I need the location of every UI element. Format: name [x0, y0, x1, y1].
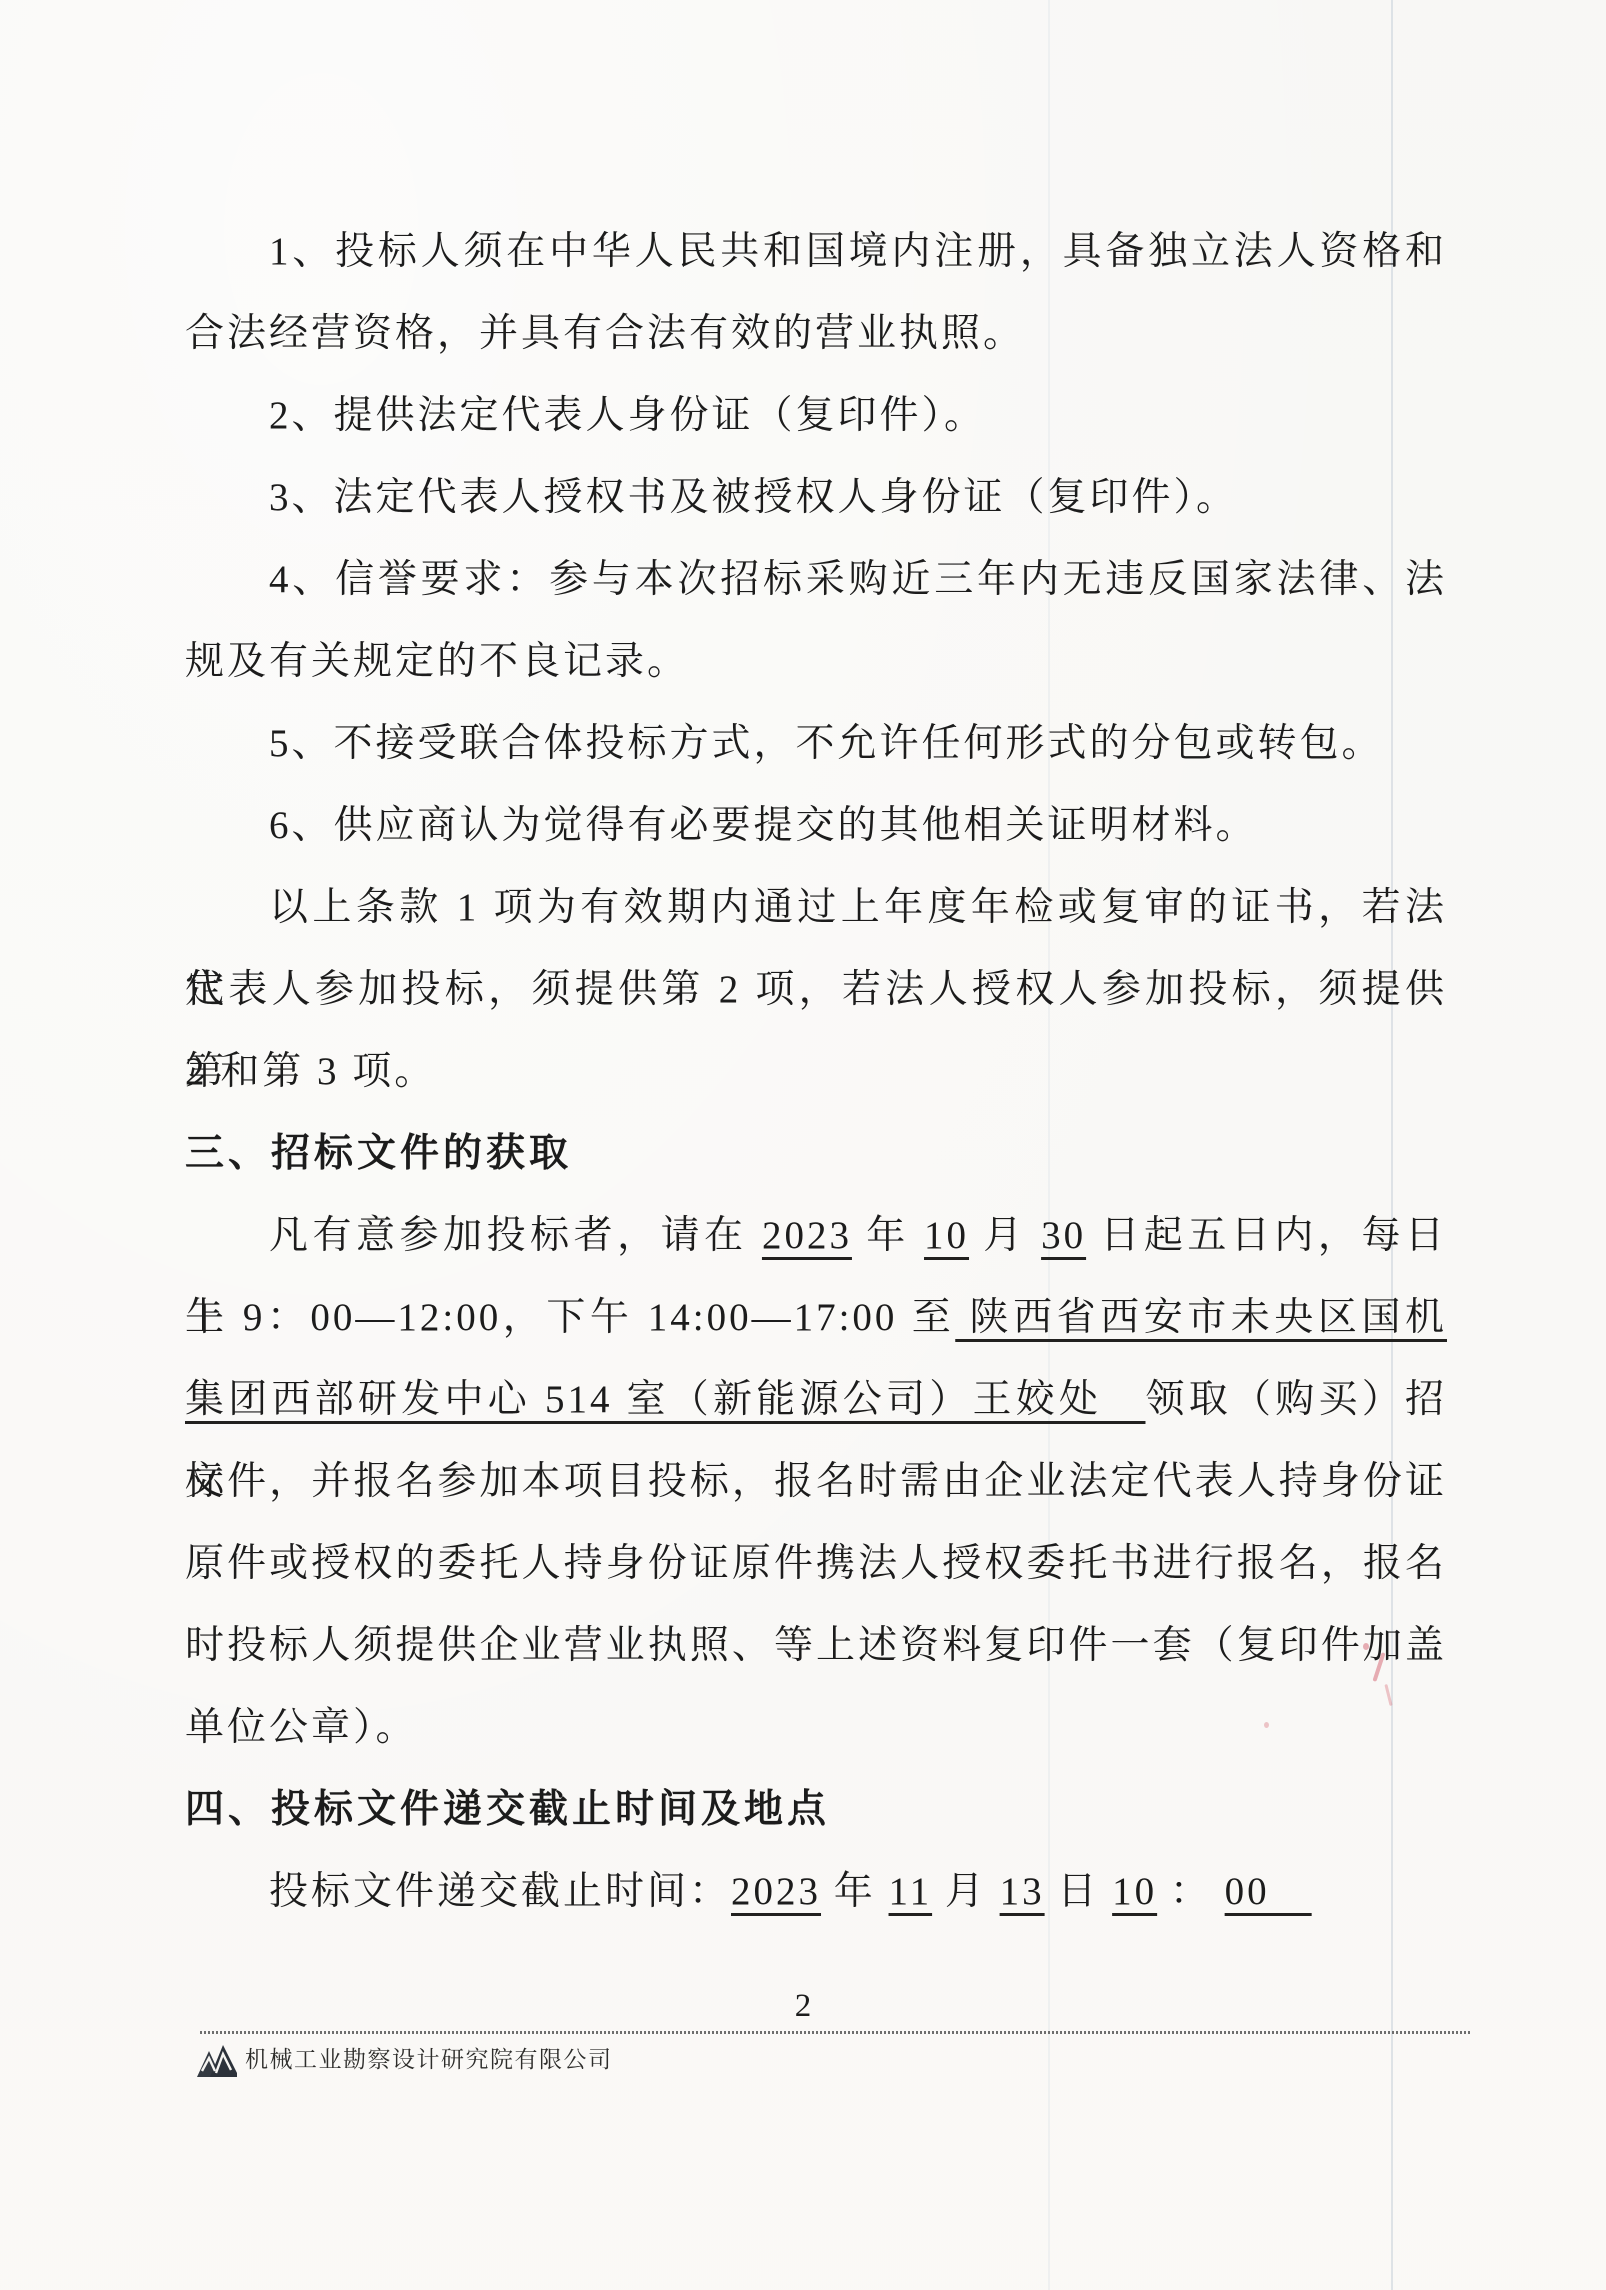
footer-company-name: 机械工业勘察设计研究院有限公司 [245, 2042, 613, 2078]
page-number: 2 [0, 1988, 1606, 2024]
text-run: 6、供应商认为觉得有必要提交的其他相关证明材料。 [269, 804, 1258, 847]
text-run: 5、不接受联合体投标方式，不允许任何形式的分包或转包。 [269, 722, 1384, 765]
text-run: 三、招标文件的获取 [185, 1132, 572, 1175]
text-line: 时投标人须提供企业营业执照、等上述资料复印件一套（复印件加盖 [185, 1605, 1447, 1687]
text-line: 单位公章）。 [185, 1687, 1447, 1769]
text-line: 代表人参加投标，须提供第 2 项，若法人授权人参加投标，须提供第 [185, 949, 1447, 1031]
footer-divider [200, 2031, 1472, 2034]
text-run: 月 [969, 1214, 1041, 1257]
text-line: 规及有关规定的不良记录。 [185, 621, 1447, 703]
text-line: 凡有意参加投标者，请在 2023 年 10 月 30 日起五日内，每日上 [185, 1195, 1447, 1277]
text-run: 凡有意参加投标者，请在 [269, 1214, 762, 1257]
text-run: 四、投标文件递交截止时间及地点 [185, 1788, 830, 1831]
text-run: 文件，并报名参加本项目投标，报名时需由企业法定代表人持身份证 [185, 1460, 1447, 1503]
text-run: 午 9：00—12:00，下午 14:00—17:00 至 [185, 1296, 955, 1339]
text-line: 文件，并报名参加本项目投标，报名时需由企业法定代表人持身份证 [185, 1441, 1447, 1523]
text-line: 原件或授权的委托人持身份证原件携法人授权委托书进行报名，报名 [185, 1523, 1447, 1605]
underlined-text: 30 [1041, 1214, 1086, 1257]
text-run: 2 和第 3 项。 [185, 1050, 436, 1093]
text-run: 规及有关规定的不良记录。 [185, 640, 689, 683]
text-run: 2、提供法定代表人身份证（复印件）。 [269, 394, 986, 437]
text-run: 日 [1045, 1870, 1113, 1913]
text-run: 单位公章）。 [185, 1706, 418, 1749]
text-run: 月 [932, 1870, 1000, 1913]
underlined-text: 2023 [762, 1214, 852, 1257]
text-run: 4、信誉要求：参与本次招标采购近三年内无违反国家法律、法 [269, 558, 1447, 601]
text-run: 3、法定代表人授权书及被授权人身份证（复印件）。 [269, 476, 1238, 519]
section-heading: 四、投标文件递交截止时间及地点 [185, 1769, 1447, 1851]
underlined-text: 11 [889, 1870, 933, 1913]
text-run: ： [1157, 1870, 1225, 1913]
text-run: 年 [852, 1214, 924, 1257]
text-line: 午 9：00—12:00，下午 14:00—17:00 至 陕西省西安市未央区国… [185, 1277, 1447, 1359]
text-line: 6、供应商认为觉得有必要提交的其他相关证明材料。 [185, 785, 1447, 867]
underlined-text: 集团西部研发中心 514 室（新能源公司）王姣处 [185, 1378, 1145, 1421]
text-line: 2 和第 3 项。 [185, 1031, 1447, 1113]
text-run: 合法经营资格，并具有合法有效的营业执照。 [185, 312, 1025, 355]
underlined-text: 陕西省西安市未央区国机 [955, 1296, 1447, 1339]
text-run: 时投标人须提供企业营业执照、等上述资料复印件一套（复印件加盖 [185, 1624, 1447, 1667]
underlined-text: 2023 [731, 1870, 821, 1913]
text-line: 2、提供法定代表人身份证（复印件）。 [185, 375, 1447, 457]
text-run: 原件或授权的委托人持身份证原件携法人授权委托书进行报名，报名 [185, 1542, 1447, 1585]
text-run: 投标文件递交截止时间： [269, 1870, 731, 1913]
underlined-text: 13 [1000, 1870, 1045, 1913]
text-line: 3、法定代表人授权书及被授权人身份证（复印件）。 [185, 457, 1447, 539]
footer-brand: 机械工业勘察设计研究院有限公司 [196, 2042, 613, 2078]
text-run: 年 [821, 1870, 889, 1913]
text-line: 合法经营资格，并具有合法有效的营业执照。 [185, 293, 1447, 375]
scanned-document-page: { "page": { "number": "2", "footer": { "… [0, 0, 1606, 2290]
text-line: 5、不接受联合体投标方式，不允许任何形式的分包或转包。 [185, 703, 1447, 785]
text-line: 投标文件递交截止时间：2023 年 11 月 13 日 10 ： 00 [185, 1851, 1447, 1933]
underlined-text: 10 [1112, 1870, 1157, 1913]
document-body: 1、投标人须在中华人民共和国境内注册，具备独立法人资格和合法经营资格，并具有合法… [185, 211, 1447, 1933]
text-line: 1、投标人须在中华人民共和国境内注册，具备独立法人资格和 [185, 211, 1447, 293]
text-run: 1、投标人须在中华人民共和国境内注册，具备独立法人资格和 [269, 230, 1447, 273]
underlined-text: 10 [924, 1214, 969, 1257]
text-line: 集团西部研发中心 514 室（新能源公司）王姣处 领取（购买）招标 [185, 1359, 1447, 1441]
text-line: 4、信誉要求：参与本次招标采购近三年内无违反国家法律、法 [185, 539, 1447, 621]
underlined-text: 00 [1225, 1870, 1312, 1913]
mountain-logo-icon [196, 2042, 238, 2078]
section-heading: 三、招标文件的获取 [185, 1113, 1447, 1195]
text-line: 以上条款 1 项为有效期内通过上年度年检或复审的证书，若法定 [185, 867, 1447, 949]
